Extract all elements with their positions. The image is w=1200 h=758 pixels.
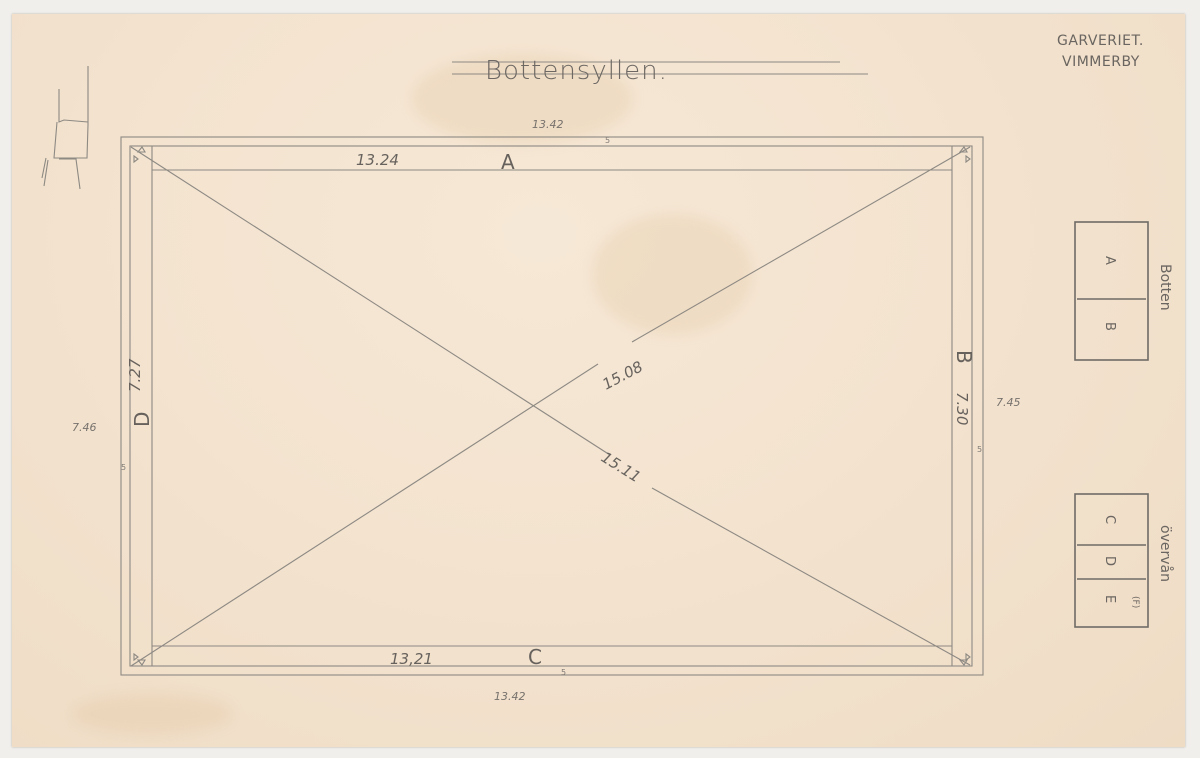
diagonal-1-segment [131,147,610,455]
key-section-c: C [1102,515,1117,524]
corner-mark [960,654,970,665]
offset-mark-top: 5 [605,136,610,145]
key-section-b: B [1102,322,1117,331]
outer-right-measurement: 7.45 [996,396,1021,409]
frame-annotations: 13.42 13.42 7.46 7.45 13.24 13,21 7.27 7… [72,118,1021,703]
outer-bottom-measurement: 13.42 [494,690,526,703]
key-caption-botten: Botten [1157,264,1173,311]
diagonal-1-segment [652,488,970,665]
diagonal-2-segment [131,364,598,666]
offset-mark-left: 5 [121,463,126,472]
sill-frame [121,137,983,675]
outer-left-measurement: 7.46 [72,421,97,434]
key-section-a: A [1102,256,1117,265]
key-diagram-bottom: A B Botten [1075,222,1173,360]
diagonal-2-segment [632,147,970,342]
stamp-line-1: GARVERIET. [1057,33,1144,49]
side-label-c: C [528,645,542,669]
key-caption-overvan: övervån [1157,525,1174,582]
key-diagram-upper: C D E (F) övervån [1075,494,1174,627]
drawing-title: Bottensyllen. [485,56,668,86]
outer-frame [121,137,983,675]
stamp-line-2: VIMMERBY [1062,54,1140,70]
key-section-note: (F) [1130,596,1140,608]
profile-detail-sketch [42,66,88,189]
key-section-d: D [1102,556,1117,566]
inner-bottom-measurement: 13,21 [390,650,433,668]
origin-stamp: GARVERIET. VIMMERBY [1057,33,1144,70]
title-block: Bottensyllen. [452,56,868,86]
key-outline [1075,222,1148,360]
diagonal-1-measurement: 15.08 [599,357,645,393]
side-label-b: B [952,350,976,364]
offset-mark-right: 5 [977,445,982,454]
outer-top-measurement: 13.42 [532,118,564,131]
technical-drawing: Bottensyllen. GARVERIET. VIMMERBY 13.42 … [0,0,1200,758]
inner-top-measurement: 13.24 [356,151,399,169]
inner-right-measurement: 7.30 [953,392,971,425]
side-label-d: D [130,412,154,427]
diagonal-2-measurement: 15.11 [598,448,644,486]
inner-left-measurement: 7.27 [126,358,144,392]
offset-mark-bottom: 5 [561,668,566,677]
side-label-a: A [501,150,515,174]
key-section-e: E [1102,595,1117,603]
corner-mark [960,147,970,162]
inner-frame [130,146,972,666]
